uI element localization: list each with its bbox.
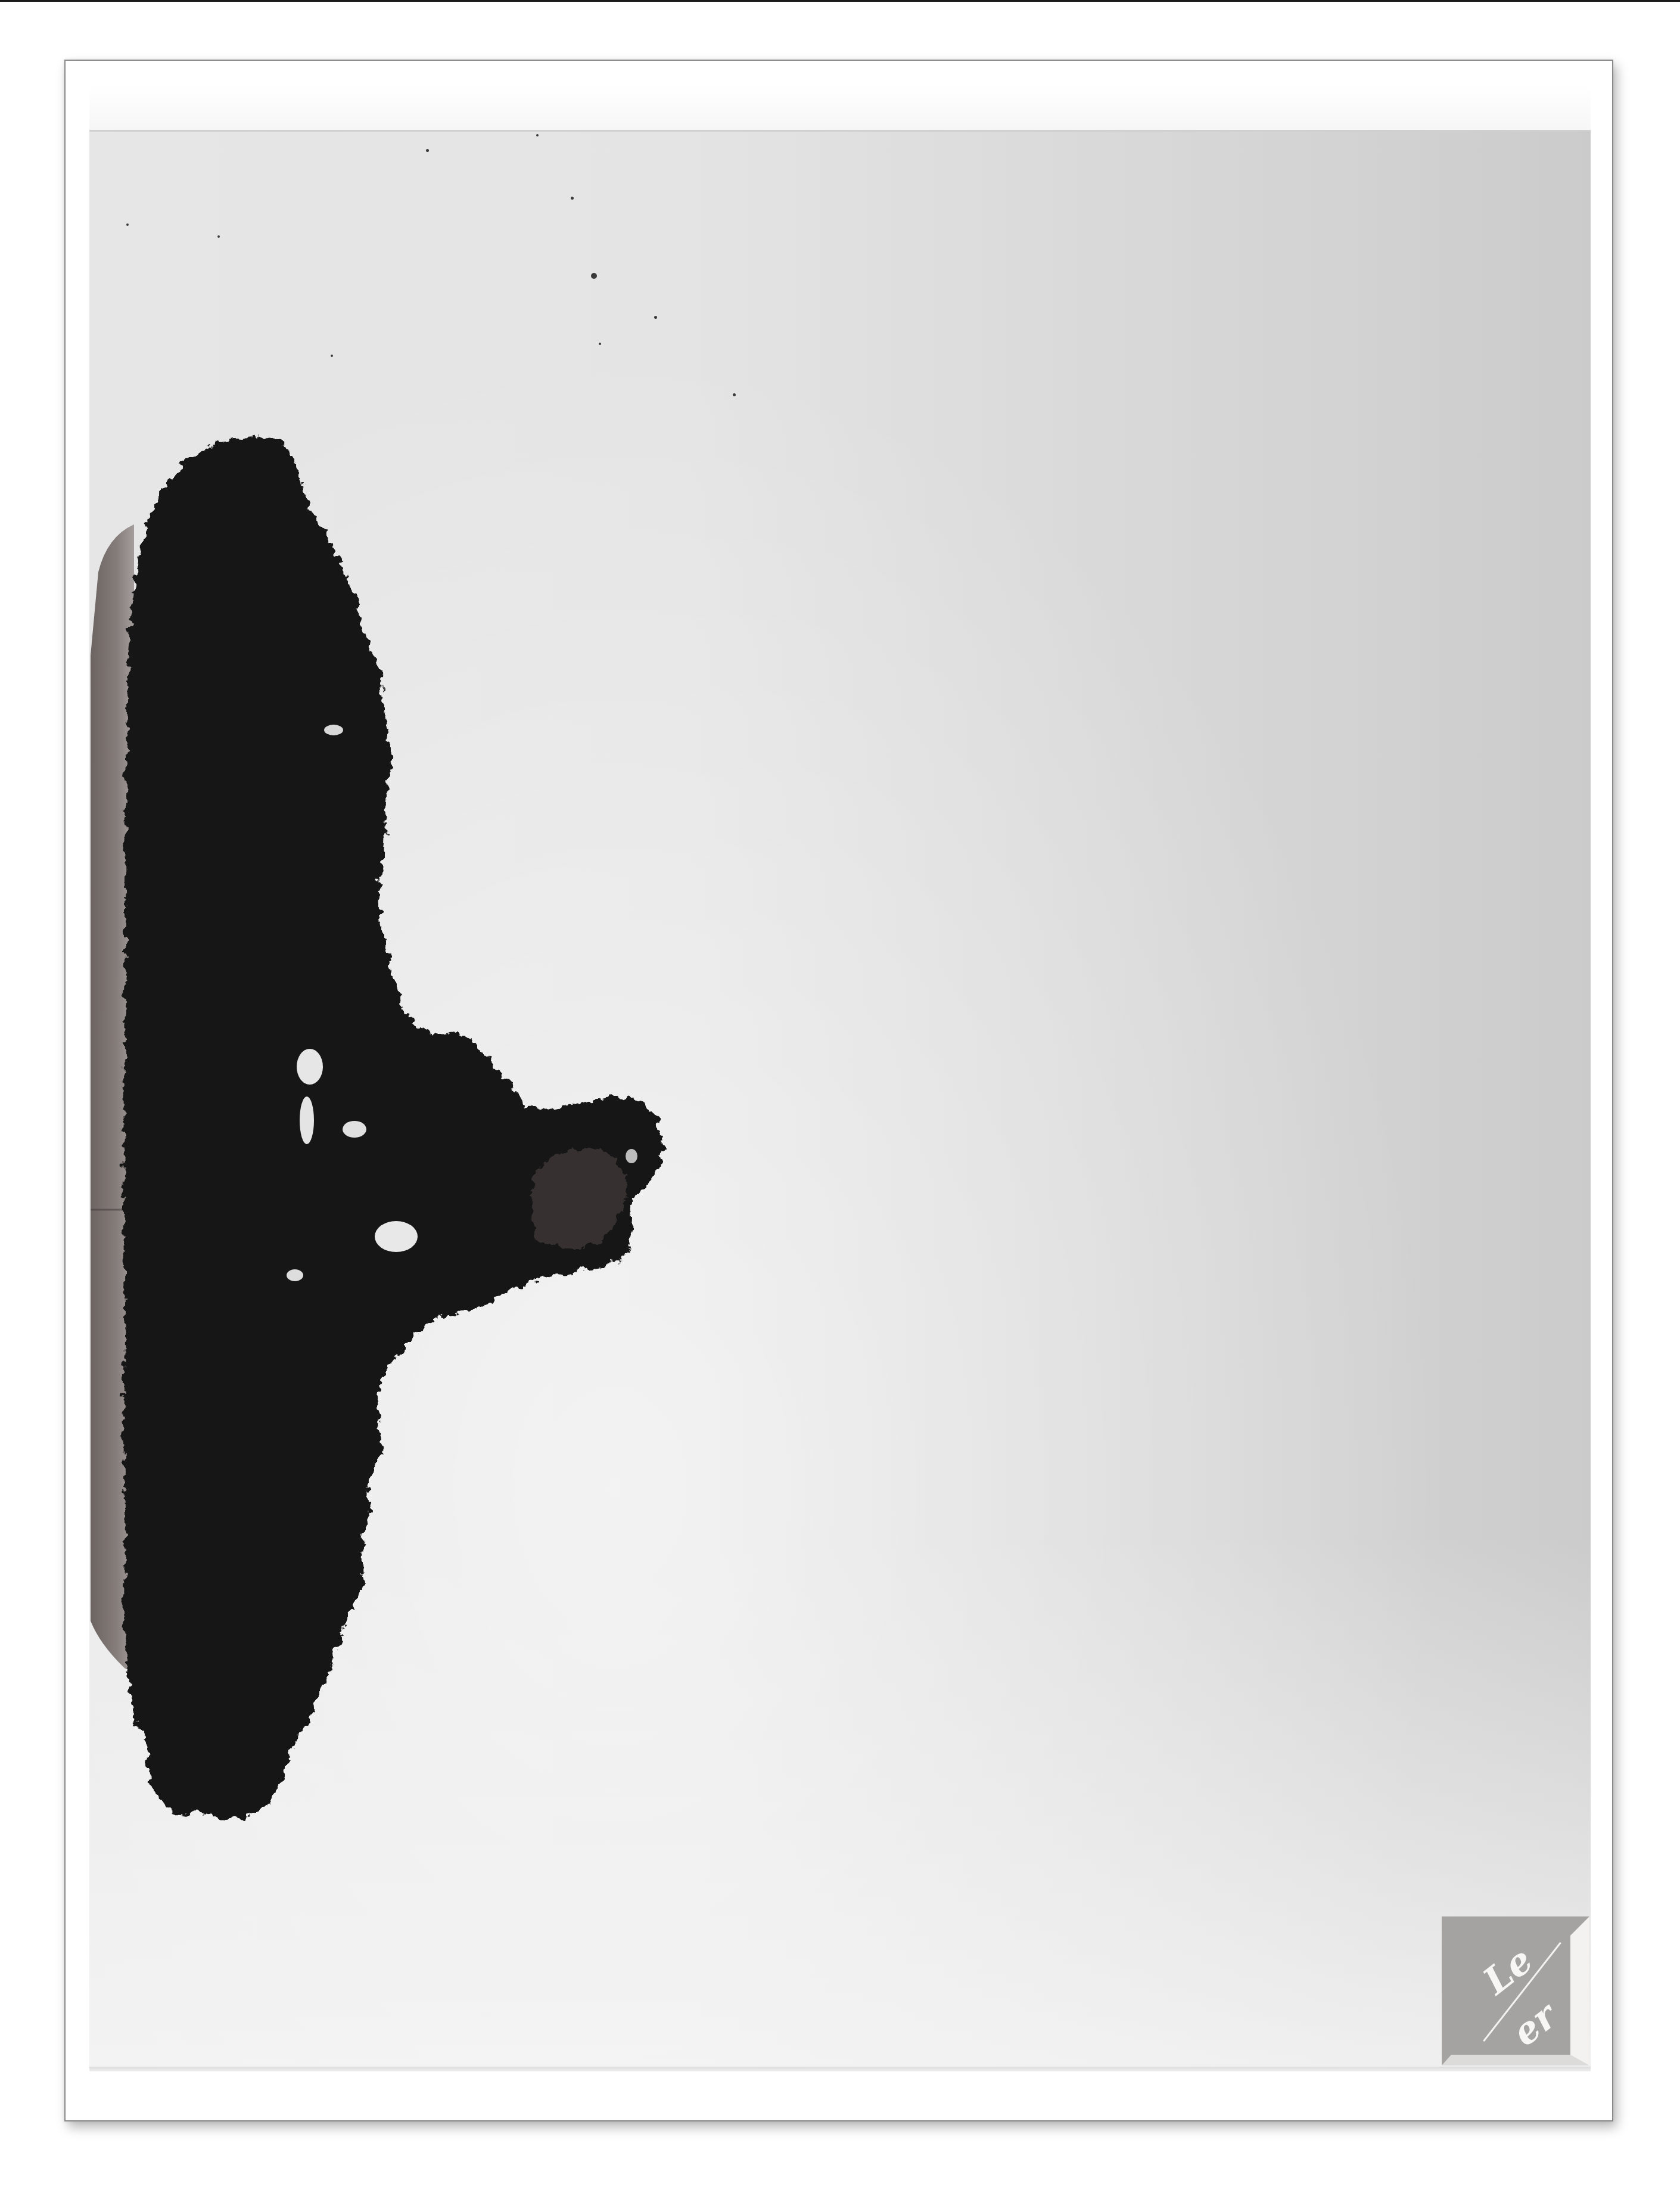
logo-bevel-right <box>1570 1916 1589 2065</box>
paper-speck <box>733 393 736 396</box>
paper-bottom-edge <box>89 2067 1591 2071</box>
paper-speck <box>591 273 597 279</box>
logo-top-text: Le <box>1477 1941 1539 2000</box>
paper-top-margin <box>89 86 1591 131</box>
paper-speck <box>571 197 574 200</box>
logo-bottom-text: er <box>1507 1996 1563 2052</box>
logo-badge: Le er <box>1442 1916 1589 2065</box>
top-edge-rule <box>0 0 1680 2</box>
paper-speck <box>536 134 539 136</box>
paper-speck <box>654 316 657 319</box>
paper-speck <box>426 149 429 152</box>
paper-speck <box>126 223 129 226</box>
paper-speck <box>217 235 220 238</box>
paper-speck <box>599 343 601 345</box>
paper-speck <box>331 355 333 357</box>
scanned-paper <box>89 130 1591 2070</box>
logo-bevel-bottom <box>1442 2055 1589 2065</box>
